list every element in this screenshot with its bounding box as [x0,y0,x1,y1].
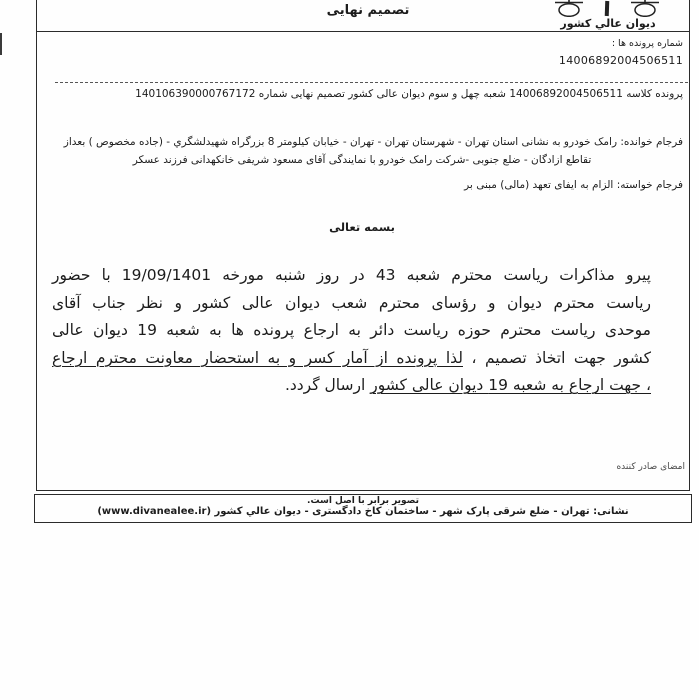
footer-box: تصویر برابر با اصل است. نشانی: تهران - ض… [34,494,692,523]
justice-scale-icon-right [629,0,661,17]
invocation-besmele: بسمه تعالی [36,220,688,234]
claim-line: فرجام خواسته: الزام به ایفای تعهد (مالی)… [464,179,683,191]
justice-scale-icon-left [553,0,585,17]
decision-body: پیرو مذاکرات ریاست محترم شعبه 43 در روز … [52,262,651,400]
org-name: دیوان عالي کشور [556,17,660,30]
decision-body-line-3: موحدی ریاست محترم حوزه ریاست دائر به ارج… [52,317,651,345]
body-line-5-plain: ارسال گردد. [285,376,370,394]
court-address-line: نشانی: تهران - ضلع شرقی پارک شهر - ساختم… [35,506,691,517]
decision-body-line-2: ریاست محترم دیوان و رؤسای محترم شعب دیوا… [52,290,651,318]
decision-body-line-5: ، جهت ارجاع به شعبه 19 دیوان عالی کشور ا… [52,372,651,400]
issuer-signature-label: امضای صادر کننده [616,462,685,472]
respondent-line-1: فرجام خوانده: رامک خودرو به نشانی استان … [42,136,683,148]
body-line-4-plain: کشور جهت اتخاذ تصمیم ، [463,349,651,367]
document-frame [36,0,690,491]
copy-certification-line: تصویر برابر با اصل است. [35,496,691,506]
logo-center-bar-icon [605,1,610,16]
scanned-court-document: تصمیم نهایی دیوان عالي کشور شماره پرونده… [0,0,699,700]
case-numbers-label: شماره پرونده ها : [612,38,683,49]
scan-artifact-mark [0,33,2,55]
respondent-line-2: تقاطع ازادگان - ضلع جنوبی -شرکت رامک خود… [36,154,688,166]
case-class-line: پرونده کلاسه 14006892004506511 شعبه چهل … [50,88,683,100]
supreme-court-logo [553,0,661,17]
case-number-value: 14006892004506511 [559,54,683,67]
decision-body-line-4: کشور جهت اتخاذ تصمیم ، لذا پرونده از آما… [52,345,651,373]
decision-body-line-1: پیرو مذاکرات ریاست محترم شعبه 43 در روز … [52,262,651,290]
body-line-5-underlined: ، جهت ارجاع به شعبه 19 دیوان عالی کشور [370,376,651,394]
header-divider-line [36,31,689,32]
document-title: تصمیم نهایی [308,3,428,18]
body-line-4-underlined: لذا پرونده از آمار کسر و به استحضار معاو… [52,349,463,367]
dashed-divider-line [55,82,688,83]
